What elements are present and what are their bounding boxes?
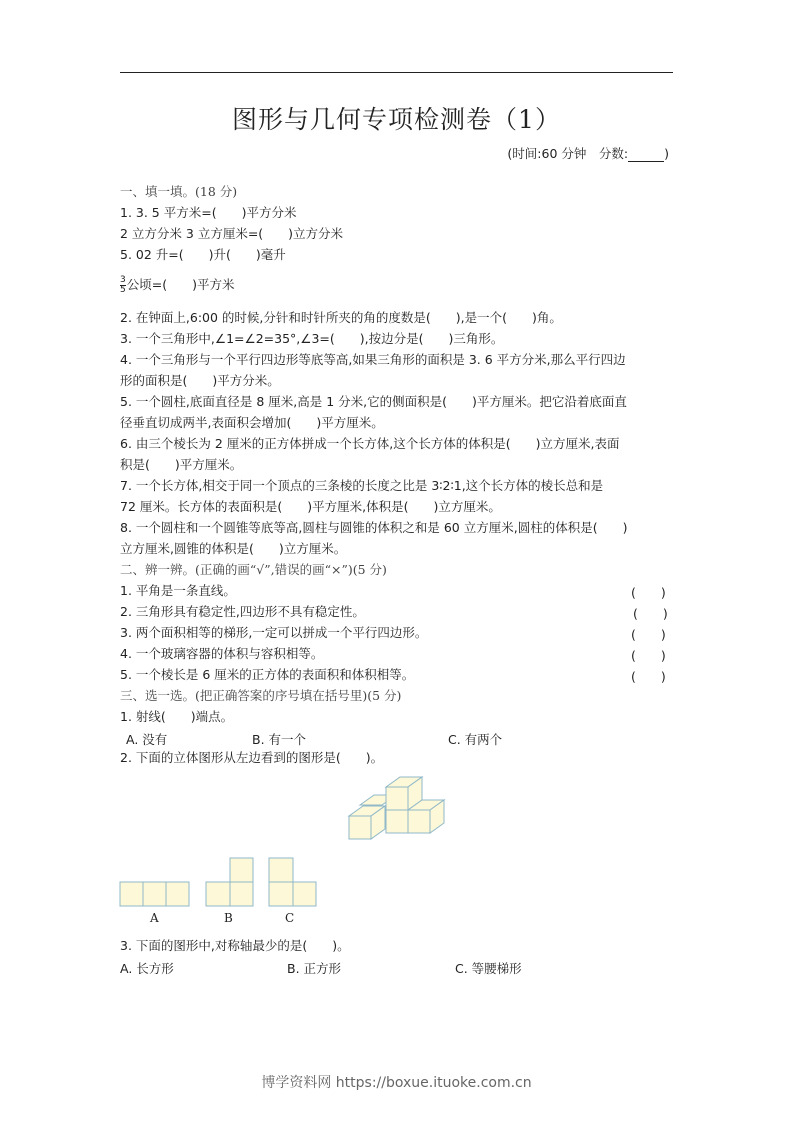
question-line: 1. 3. 5 平方米=( )平方分米	[120, 205, 296, 221]
judge-item: 3. 两个面积相等的梯形,一定可以拼成一个平行四边形。	[120, 625, 427, 641]
question-line: 立方厘米,圆锥的体积是( )立方厘米。	[120, 541, 346, 557]
judge-item: 4. 一个玻璃容器的体积与容积相等。	[120, 646, 323, 662]
option-a[interactable]: A. 长方形	[120, 959, 174, 977]
question-line: 2. 在钟面上,6:00 的时候,分针和时针所夹的角的度数是( ),是一个( )…	[120, 310, 562, 326]
section2-heading: 二、辨一辨。(正确的画“√”,错误的画“×”)(5 分)	[120, 562, 387, 578]
question-line: 4. 一个三角形与一个平行四边形等底等高,如果三角形的面积是 3. 6 平方分米…	[120, 352, 626, 368]
choice-question: 1. 射线( )端点。	[120, 709, 233, 725]
option-a[interactable]: A. 没有	[126, 730, 167, 748]
option-c[interactable]: C. 有两个	[448, 730, 502, 748]
figure-label-c: C	[285, 911, 294, 925]
question-line: 3. 一个三角形中,∠1=∠2=35°,∠3=( ),按边分是( )三角形。	[120, 331, 503, 347]
question-line: 5. 一个圆柱,底面直径是 8 厘米,高是 1 分米,它的侧面积是( )平方厘米…	[120, 394, 627, 410]
answer-blank[interactable]: ( )	[631, 667, 666, 685]
figure-label-a: A	[150, 911, 159, 925]
judge-item: 1. 平角是一条直线。	[120, 583, 236, 599]
judge-item: 5. 一个棱长是 6 厘米的正方体的表面积和体积相等。	[120, 667, 414, 683]
cube-solid-figure	[345, 772, 450, 846]
option-b-view	[206, 882, 230, 906]
question-line: 35公顷=( )平方米	[120, 276, 234, 295]
question-line: 7. 一个长方体,相交于同一个顶点的三条棱的长度之比是 3∶2∶1,这个长方体的…	[120, 478, 603, 494]
option-b[interactable]: B. 有一个	[252, 730, 306, 748]
fraction: 35	[120, 276, 126, 295]
answer-blank[interactable]: ( )	[633, 604, 668, 622]
question-line: 形的面积是( )平方分米。	[120, 373, 280, 389]
question-line: 8. 一个圆柱和一个圆锥等底等高,圆柱与圆锥的体积之和是 60 立方厘米,圆柱的…	[120, 520, 627, 536]
option-c-view	[269, 858, 293, 882]
option-a-view	[120, 882, 143, 906]
answer-blank[interactable]: ( )	[631, 625, 666, 643]
choice-question: 2. 下面的立体图形从左边看到的图形是( )。	[120, 750, 383, 766]
option-c[interactable]: C. 等腰梯形	[455, 959, 522, 977]
page-title: 图形与几何专项检测卷（1）	[0, 100, 793, 136]
figure-label-b: B	[224, 911, 233, 925]
section3-heading: 三、选一选。(把正确答案的序号填在括号里)(5 分)	[120, 688, 401, 704]
question-line: 径垂直切成两半,表面积会增加( )平方厘米。	[120, 415, 384, 431]
time-score-label: (时间:60 分钟 分数:	[507, 146, 628, 161]
choice-question: 3. 下面的图形中,对称轴最少的是( )。	[120, 938, 350, 954]
answer-blank[interactable]: ( )	[631, 583, 666, 601]
score-blank[interactable]	[628, 149, 664, 162]
section1-heading: 一、填一填。(18 分)	[120, 184, 237, 200]
footer-watermark: 博学资料网 https://boxue.ituoke.com.cn	[0, 1072, 793, 1092]
exam-meta: (时间:60 分钟 分数:)	[507, 144, 669, 162]
option-b[interactable]: B. 正方形	[287, 959, 341, 977]
question-line: 6. 由三个棱长为 2 厘米的正方体拼成一个长方体,这个长方体的体积是( )立方…	[120, 436, 620, 452]
header-rule	[120, 72, 673, 73]
view-options-figure	[119, 857, 319, 907]
judge-item: 2. 三角形具有稳定性,四边形不具有稳定性。	[120, 604, 365, 620]
answer-blank[interactable]: ( )	[631, 646, 666, 664]
question-line: 72 厘米。长方体的表面积是( )平方厘米,体积是( )立方厘米。	[120, 499, 501, 515]
question-line: 积是( )平方厘米。	[120, 457, 242, 473]
question-line: 2 立方分米 3 立方厘米=( )立方分米	[120, 226, 343, 242]
question-line: 5. 02 升=( )升( )毫升	[120, 247, 286, 263]
